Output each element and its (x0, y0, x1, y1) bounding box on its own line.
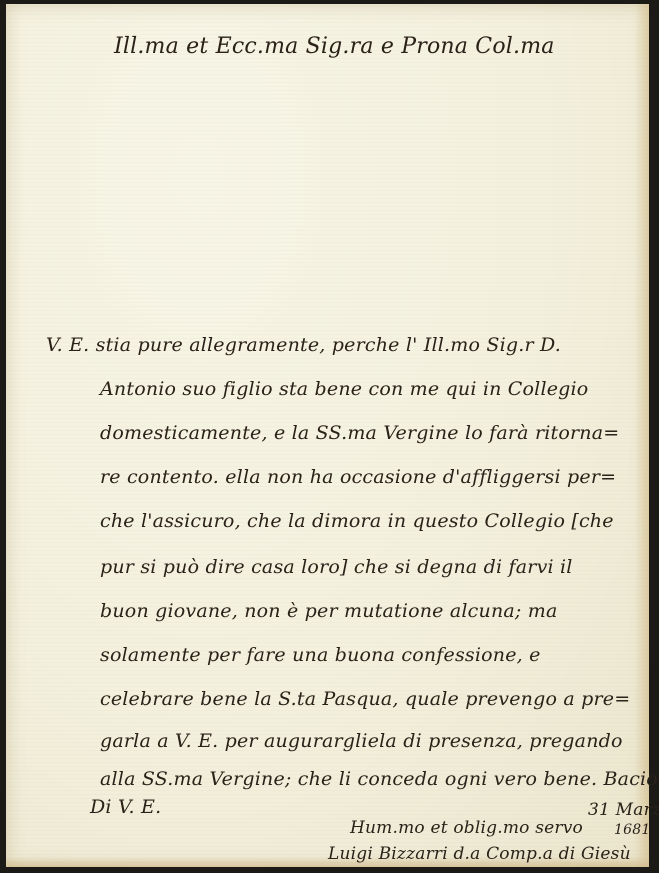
body-line: garla a V. E. per augurargliela di prese… (100, 730, 623, 752)
body-line: buon giovane, non è per mutatione alcuna… (100, 600, 558, 622)
body-line: alla SS.ma Vergine; che li conceda ogni … (100, 768, 658, 790)
paper-edge-stain (635, 4, 649, 867)
body-line: domesticamente, e la SS.ma Vergine lo fa… (100, 422, 619, 444)
letter-paper: Ill.ma et Ecc.ma Sig.ra e Prona Col.ma V… (6, 4, 649, 867)
date-year: 1681 (614, 822, 650, 838)
signature: Luigi Bizzarri d.a Comp.a di Giesù (328, 844, 631, 864)
body-line: che l'assicuro, che la dimora in questo … (100, 510, 614, 532)
body-line: re contento. ella non ha occasione d'aff… (100, 466, 616, 488)
body-line: celebrare bene la S.ta Pasqua, quale pre… (100, 688, 630, 710)
body-line: V. E. stia pure allegramente, perche l' … (46, 334, 561, 356)
body-line: solamente per fare una buona confessione… (100, 644, 541, 666)
body-line: pur si può dire casa loro] che si degna … (100, 556, 573, 578)
salutation: Ill.ma et Ecc.ma Sig.ra e Prona Col.ma (114, 34, 555, 59)
closing: Hum.mo et oblig.mo servo (350, 818, 583, 838)
body-line: Antonio suo figlio sta bene con me qui i… (100, 378, 588, 400)
date-day-month: 31 Marzo (588, 800, 659, 820)
body-line: Di V. E. (90, 796, 161, 818)
